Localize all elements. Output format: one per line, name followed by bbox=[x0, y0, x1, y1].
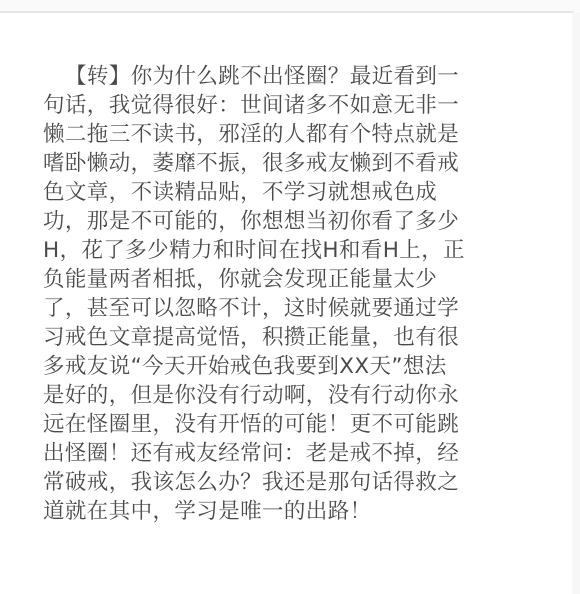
post-text-line: 句话，我觉得很好：世间诸多不如意无非一 bbox=[43, 91, 463, 120]
post-body: 【转】你为什么跳不出怪圈？最近看到一 句话，我觉得很好：世间诸多不如意无非一 懒… bbox=[43, 62, 463, 526]
post-text-line: 远在怪圈里，没有开悟的可能！更不可能跳 bbox=[43, 410, 463, 439]
post-text-line: 道就在其中，学习是唯一的出路！ bbox=[43, 497, 463, 526]
post-text-line: 是好的，但是你没有行动啊，没有行动你永 bbox=[43, 381, 463, 410]
post-text-line: 常破戒，我该怎么办？我还是那句话得救之 bbox=[43, 468, 463, 497]
divider bbox=[0, 11, 574, 13]
scroll-edge bbox=[572, 12, 580, 594]
post-text-line: 功，那是不可能的，你想想当初你看了多少 bbox=[43, 207, 463, 236]
post-text-line: 【转】你为什么跳不出怪圈？最近看到一 bbox=[43, 62, 463, 91]
post-text-line: 负能量两者相抵，你就会发现正能量太少 bbox=[43, 265, 463, 294]
post-text-line: 色文章，不读精品贴，不学习就想戒色成 bbox=[43, 178, 463, 207]
post-text-line: 了，甚至可以忽略不计，这时候就要通过学 bbox=[43, 294, 463, 323]
post-text-line: 习戒色文章提高觉悟，积攒正能量，也有很 bbox=[43, 323, 463, 352]
post-text-line: 懒二拖三不读书，邪淫的人都有个特点就是 bbox=[43, 120, 463, 149]
post-text-line: 多戒友说“今天开始戒色我要到XX天”想法 bbox=[43, 352, 463, 381]
post-text-line: H，花了多少精力和时间在找H和看H上，正 bbox=[43, 236, 463, 265]
post-text-line: 出怪圈！还有戒友经常问：老是戒不掉，经 bbox=[43, 439, 463, 468]
top-strip bbox=[0, 0, 580, 11]
post-text-line: 嗜卧懒动，萎靡不振，很多戒友懒到不看戒 bbox=[43, 149, 463, 178]
